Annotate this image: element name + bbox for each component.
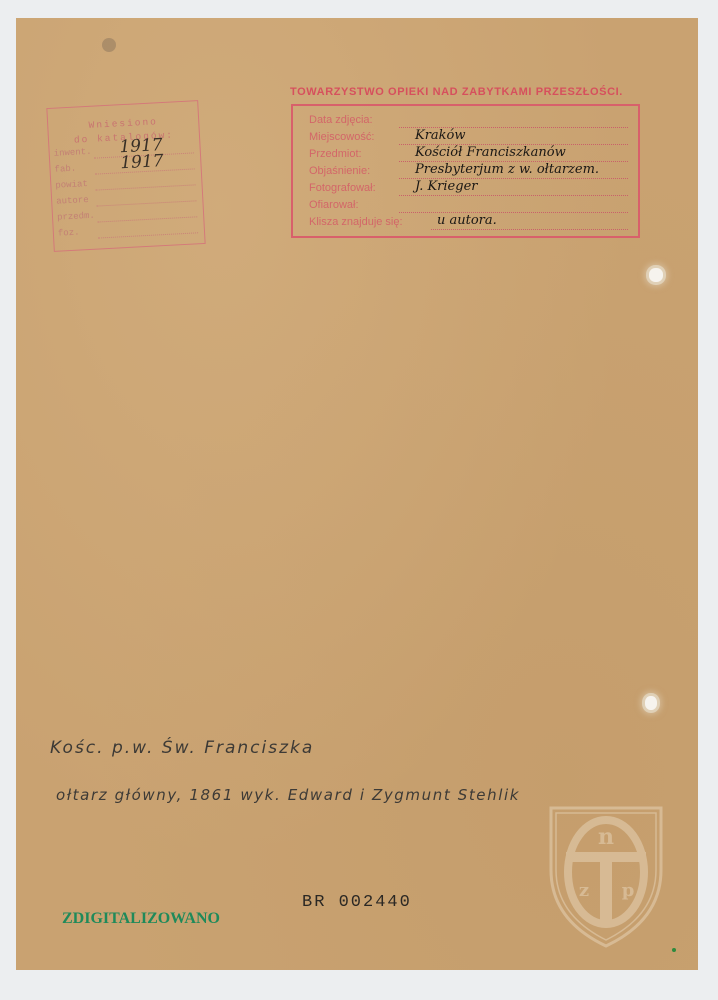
- field-value: Presbyterjum z w. ołtarzem.: [415, 162, 599, 177]
- field-photographer: Fotografował:J. Krieger: [309, 182, 628, 199]
- field-label: Przedmiot:: [309, 148, 362, 160]
- handwritten-note-line2: ołtarz główny, 1861 wyk. Edward i Zygmun…: [56, 786, 520, 804]
- catalog-number: BR 002440: [302, 893, 412, 912]
- catalog-row-value: 1917: [120, 151, 164, 173]
- catalog-row-label: inwent.: [53, 147, 91, 159]
- field-date: Data zdjęcia:: [309, 114, 628, 131]
- photo-info-form: Data zdjęcia: Miejscowość:Kraków Przedmi…: [291, 104, 640, 238]
- handwritten-note-line1: Kośc. p.w. Św. Franciszka: [50, 738, 314, 758]
- svg-text:z: z: [579, 880, 589, 901]
- catalog-stamp: Wniesiono do katalogów: inwent.1917 fab.…: [46, 100, 205, 252]
- field-label: Objaśnienie:: [309, 165, 370, 177]
- field-label: Fotografował:: [309, 182, 376, 194]
- nzp-shield-watermark-icon: n z p: [546, 800, 666, 950]
- digitized-stamp: ZDIGITALIZOWANO: [62, 910, 220, 928]
- svg-text:n: n: [598, 824, 614, 850]
- catalog-row-label: autore: [56, 195, 89, 207]
- svg-text:p: p: [622, 880, 635, 901]
- catalog-row-label: przedm.: [57, 211, 95, 223]
- field-label: Klisza znajduje się:: [309, 216, 403, 228]
- field-value: J. Krieger: [415, 179, 477, 194]
- society-header: TOWARZYSTWO OPIEKI NAD ZABYTKAMI PRZESZŁ…: [290, 86, 623, 98]
- punch-hole-bottom: [645, 696, 657, 710]
- catalog-row-label: foz.: [58, 228, 80, 239]
- field-value: Kraków: [415, 128, 466, 143]
- field-value: u autora.: [437, 213, 497, 228]
- stain-spot: [102, 38, 116, 52]
- catalog-row-label: powiat: [55, 179, 88, 191]
- catalog-row-label: fab.: [54, 164, 76, 175]
- field-label: Ofiarował:: [309, 199, 359, 211]
- field-label: Data zdjęcia:: [309, 114, 373, 126]
- punch-hole-top: [649, 268, 663, 282]
- field-negative-location: Klisza znajduje się:u autora.: [309, 216, 628, 233]
- field-label: Miejscowość:: [309, 131, 374, 143]
- green-ink-dot: [672, 948, 676, 952]
- field-value: Kościół Franciszkanów: [415, 145, 566, 160]
